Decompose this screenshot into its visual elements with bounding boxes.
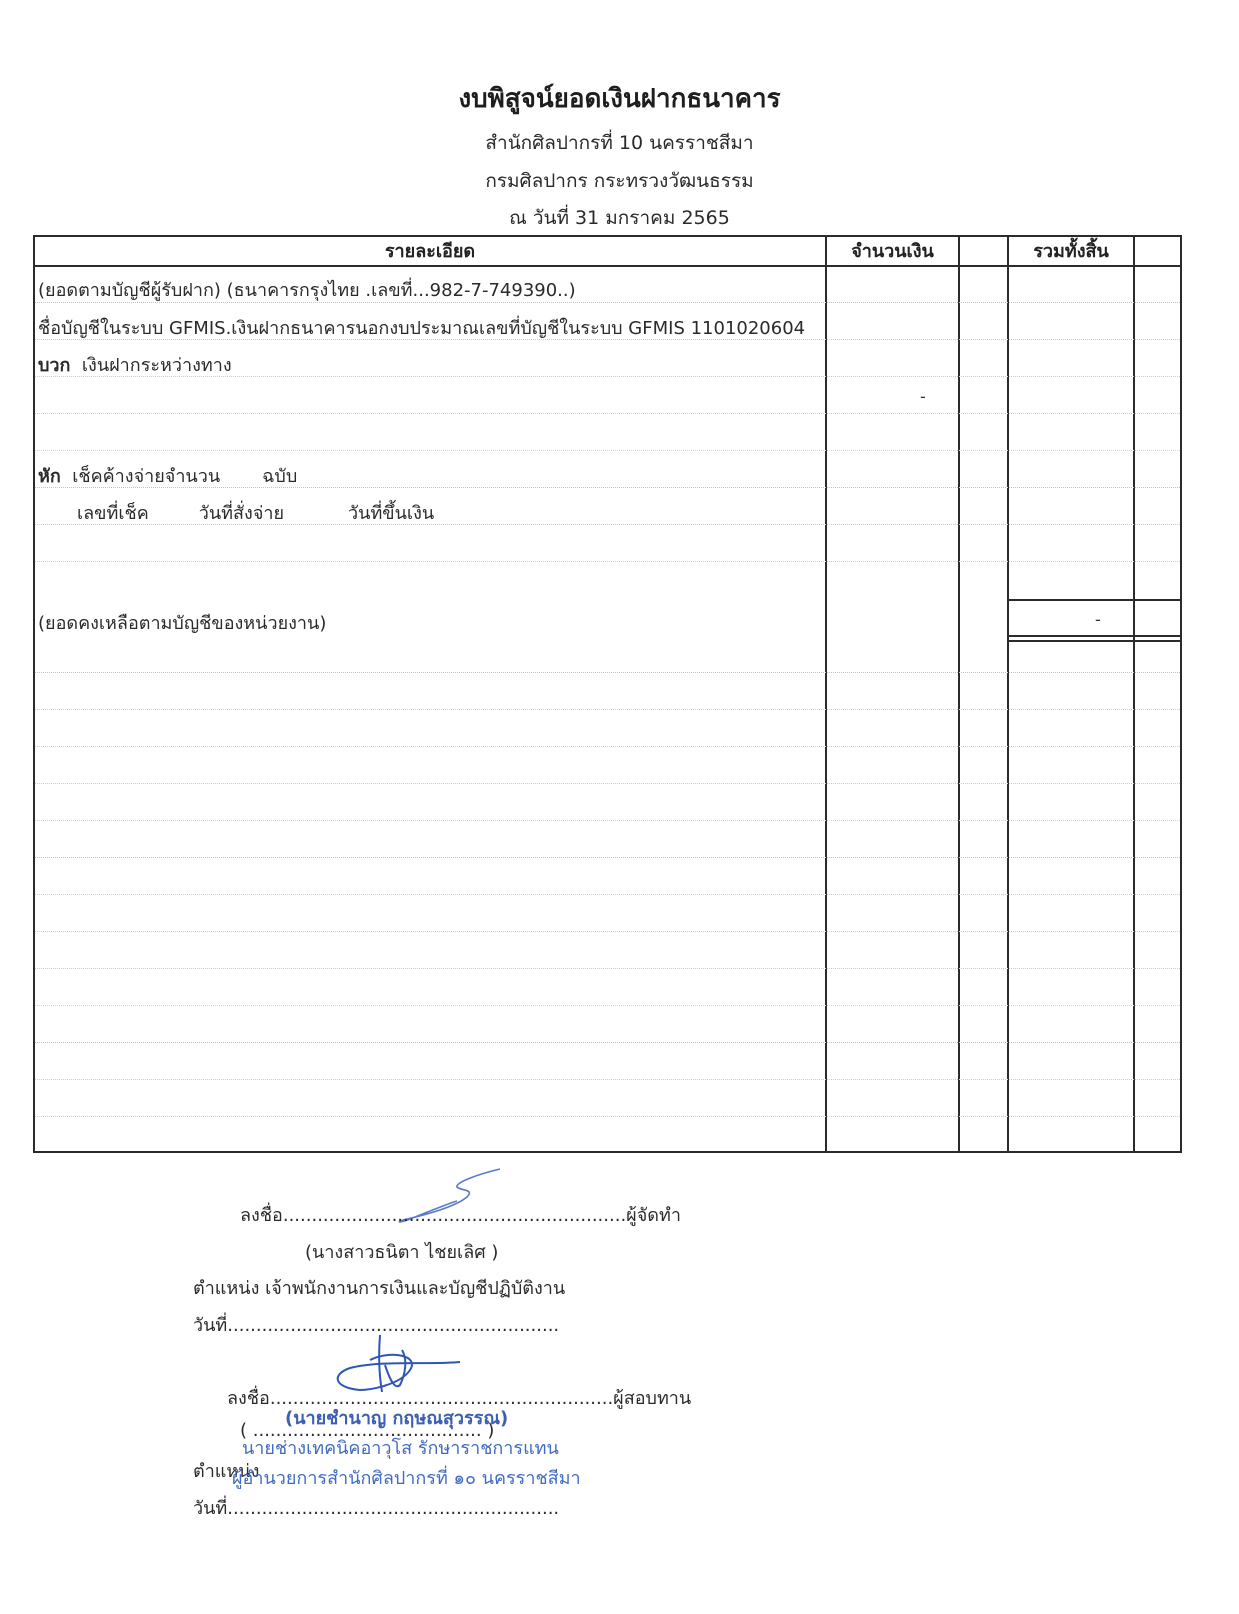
ruling-line [35, 968, 1180, 969]
deduct-unit: ฉบับ [262, 466, 297, 487]
document-title: งบพิสูจน์ยอดเงินฝากธนาคาร [0, 78, 1239, 119]
column-header-details: รายละเอียด [35, 237, 825, 267]
reviewer-date: วันที่..................................… [193, 1493, 559, 1522]
ruling-line [35, 376, 1180, 377]
ruling-line [35, 487, 1180, 488]
amount-in-transit: - [920, 387, 926, 406]
ruling-line [35, 783, 1180, 784]
cheque-no-label: เลขที่เช็ค [77, 503, 149, 524]
ruling-line [35, 746, 1180, 747]
ruling-line [35, 302, 1180, 303]
add-row: บวก เงินฝากระหว่างทาง [38, 350, 232, 379]
ruling-line [35, 413, 1180, 414]
ruling-line [35, 339, 1180, 340]
ruling-line [35, 561, 1180, 562]
ruling-line [35, 524, 1180, 525]
preparer-position: ตำแหน่ง เจ้าพนักงานการเงินและบัญชีปฏิบัต… [193, 1273, 565, 1302]
ruling-line [35, 450, 1180, 451]
ruling-line [35, 1116, 1180, 1117]
reviewer-office-stamp: ผู้อำนวยการสำนักศิลปากรที่ ๑๐ นครราชสีมา [232, 1463, 581, 1492]
issue-date-label: วันที่สั่งจ่าย [199, 503, 284, 524]
col-divider [958, 237, 960, 1151]
add-label: บวก [38, 355, 70, 376]
total-box-double [1007, 640, 1182, 642]
deduct-row: หัก เช็คค้างจ่ายจำนวนฉบับ [38, 461, 297, 490]
total-box-top [1007, 599, 1182, 601]
ruling-line [35, 1042, 1180, 1043]
col-divider [825, 237, 827, 1151]
ruling-line [35, 672, 1180, 673]
preparer-sign-line: ลงชื่อ..................................… [240, 1200, 681, 1229]
ruling-line [35, 894, 1180, 895]
ruling-line [35, 820, 1180, 821]
bank-balance-row: (ยอดตามบัญชีผู้รับฝาก) (ธนาคารกรุงไทย .เ… [38, 275, 576, 304]
preparer-name: (นางสาวธนิตา ไชยเลิศ ) [305, 1237, 498, 1266]
agency-balance-row: (ยอดคงเหลือตามบัญชีของหน่วยงาน) [38, 608, 326, 637]
deduct-text: เช็คค้างจ่ายจำนวน [72, 466, 220, 487]
column-header-amount: จำนวนเงิน [827, 237, 958, 267]
deduct-label: หัก [38, 466, 61, 487]
office-name: สำนักศิลปากรที่ 10 นครราชสีมา [0, 128, 1239, 158]
col-divider [1133, 237, 1135, 1151]
ruling-line [35, 1079, 1180, 1080]
ruling-line [35, 709, 1180, 710]
ruling-line [35, 857, 1180, 858]
clear-date-label: วันที่ขึ้นเงิน [348, 503, 434, 524]
cheque-headers-row: เลขที่เช็ควันที่สั่งจ่ายวันที่ขึ้นเงิน [77, 498, 434, 527]
total-agency-balance: - [1095, 610, 1101, 629]
gfmis-account-row: ชื่อบัญชีในระบบ GFMIS.เงินฝากธนาคารนอกงบ… [38, 313, 805, 342]
ruling-line [35, 1005, 1180, 1006]
ruling-line [35, 931, 1180, 932]
column-header-total: รวมทั้งสิ้น [1009, 237, 1133, 267]
col-divider [1007, 237, 1009, 1151]
total-box-bottom [1007, 635, 1182, 637]
as-of-date: ณ วันที่ 31 มกราคม 2565 [0, 203, 1239, 233]
department-name: กรมศิลปากร กระทรวงวัฒนธรรม [0, 166, 1239, 196]
reconciliation-table: รายละเอียด จำนวนเงิน รวมทั้งสิ้น (ยอดตาม… [33, 235, 1182, 1153]
add-text: เงินฝากระหว่างทาง [82, 355, 232, 376]
reviewer-title-stamp: นายช่างเทคนิคอาวุโส รักษาราชการแทน [242, 1433, 559, 1462]
